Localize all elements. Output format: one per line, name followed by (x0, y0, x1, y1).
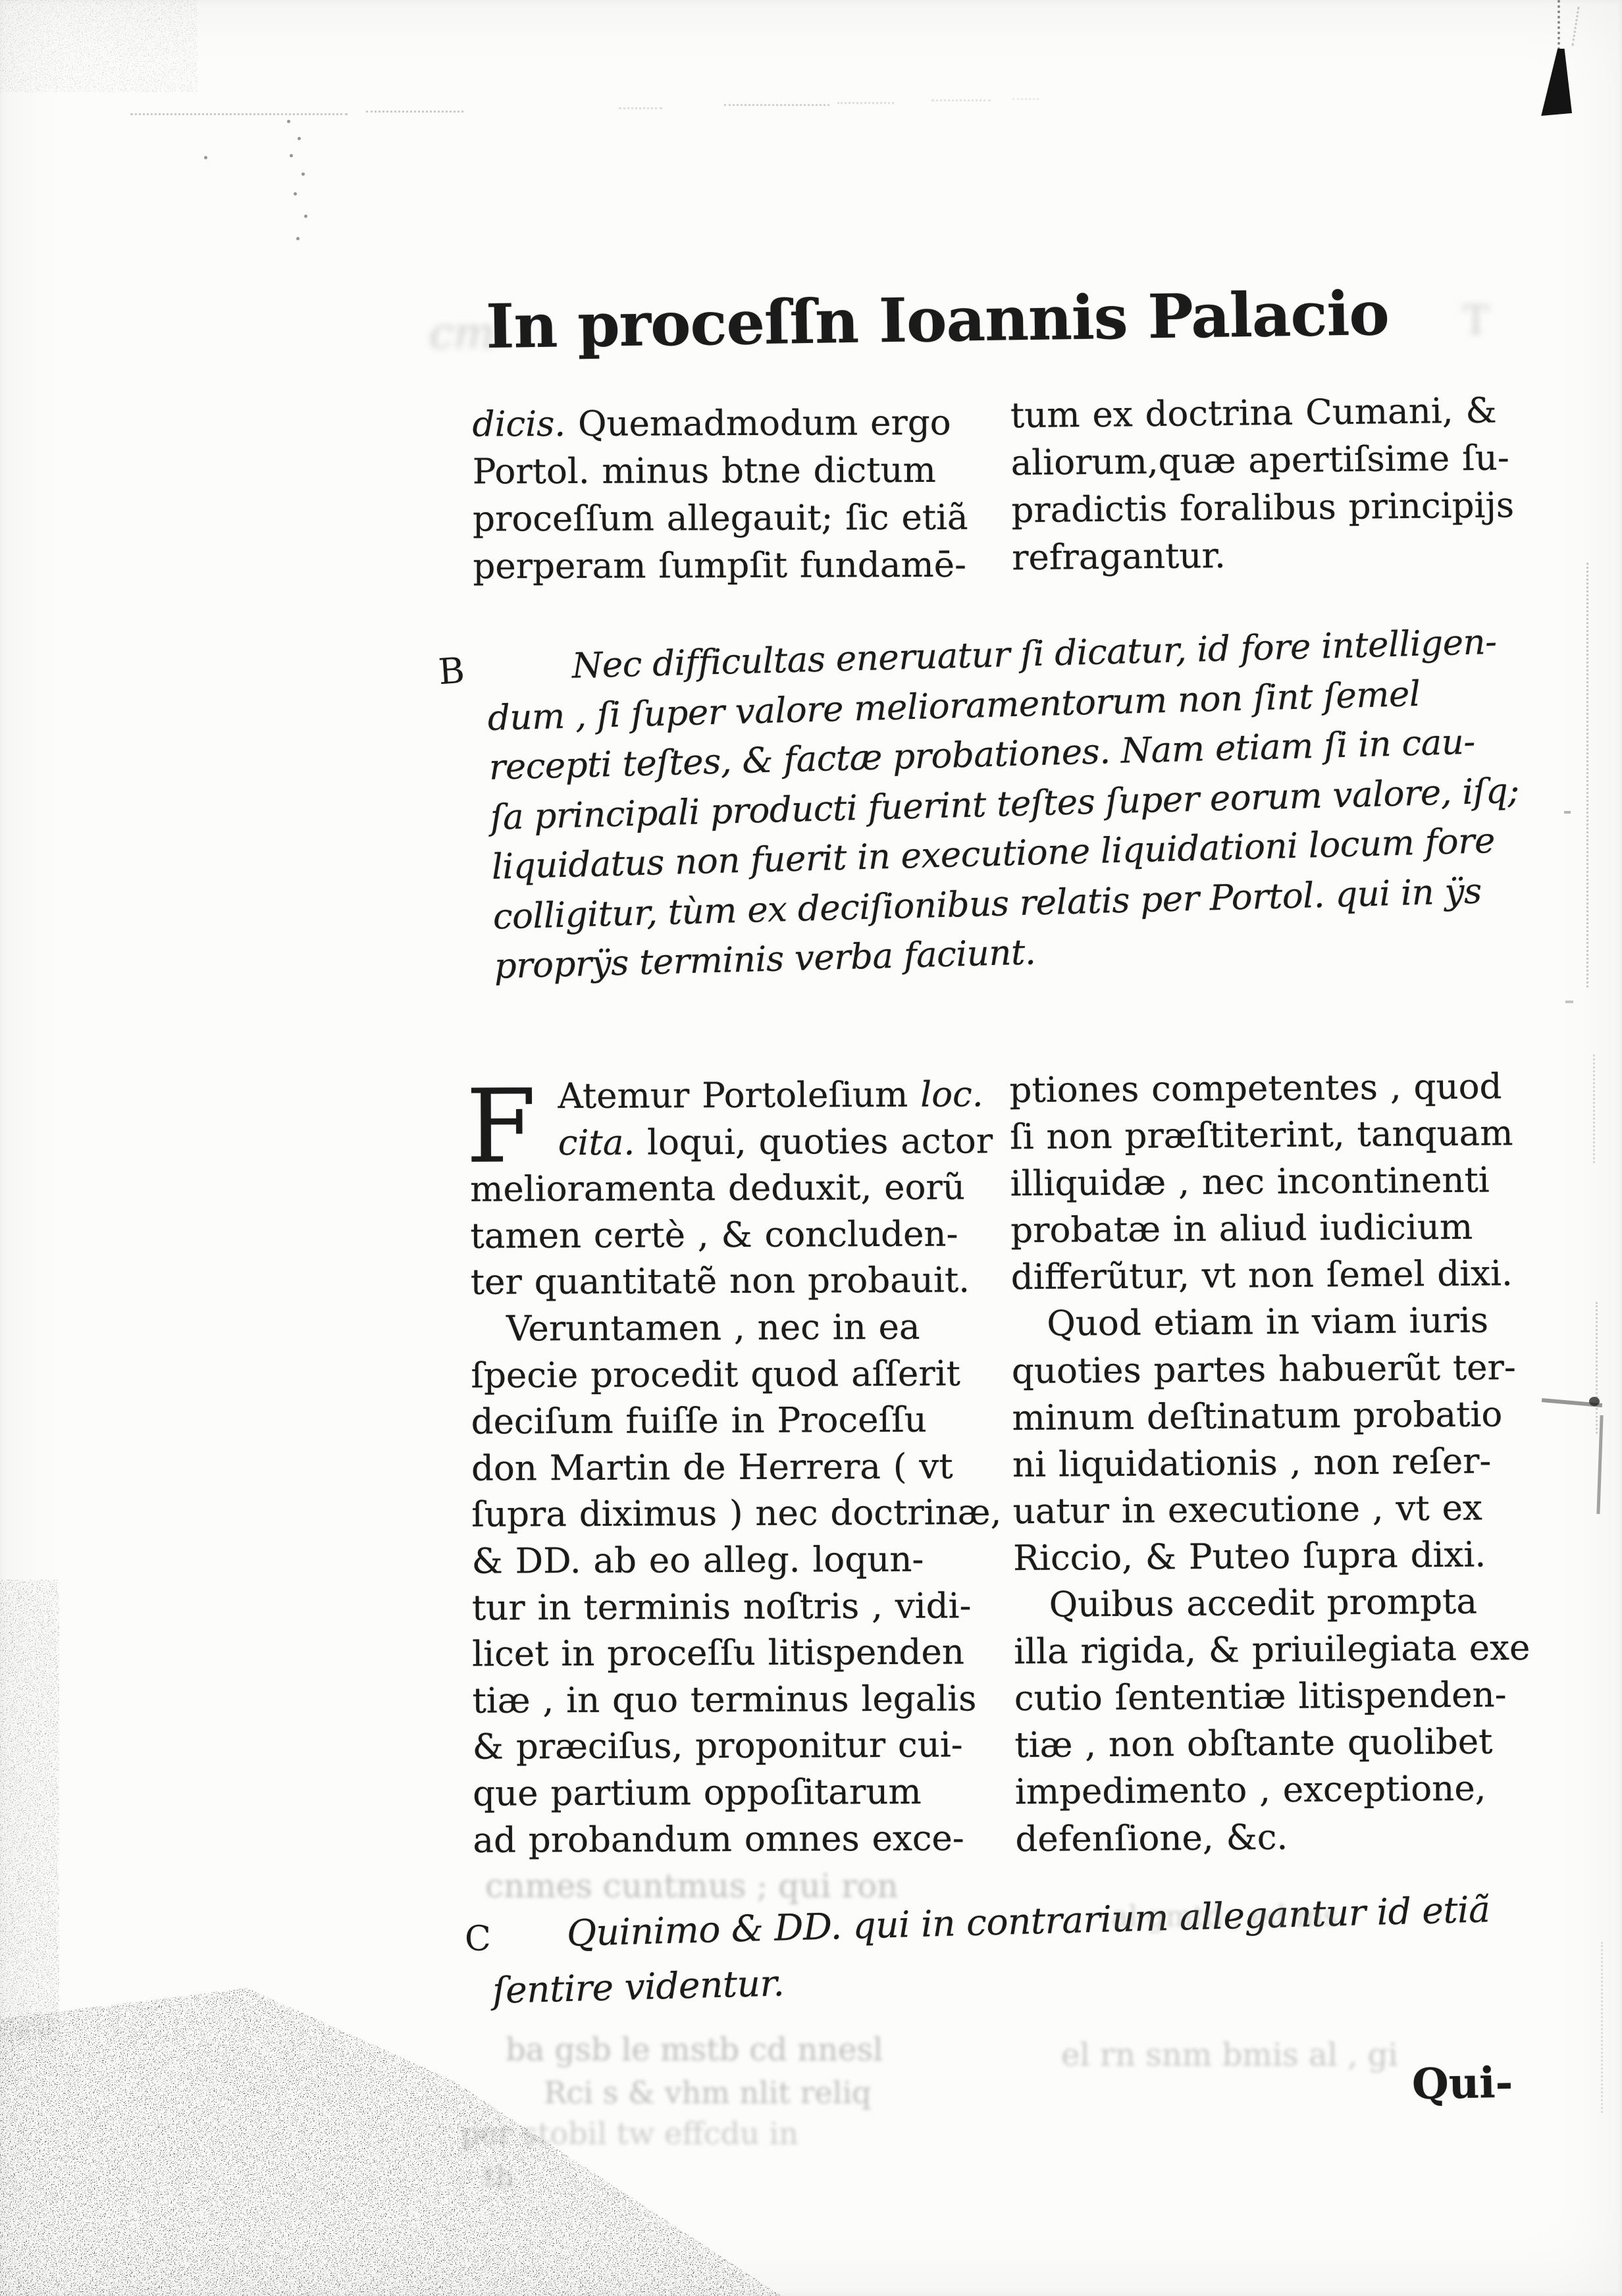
text-line: ni liquidationis , non reſer- (1012, 1438, 1546, 1488)
italic-citation: cita. (558, 1122, 635, 1163)
text-segment: Atemur Portoleſium (558, 1075, 920, 1116)
margin-letter-c: C (465, 1919, 491, 1959)
scan-dash (619, 107, 662, 109)
text-line: refragantur. (1012, 529, 1546, 582)
ink-smudge-right-of-title: T (1463, 298, 1489, 344)
scan-dash (366, 111, 463, 113)
speck-dot (290, 154, 293, 157)
text-line: ſpecie procedit quod aſſerit (471, 1351, 997, 1399)
scan-noise-top-left (0, 0, 197, 92)
text-line: illa rigida, & priuilegiata exe (1014, 1625, 1548, 1675)
bleed-through-text: ba gsb le mstb cd nnesl (506, 2031, 883, 2068)
text-line: cutio ſententiæ litispenden- (1014, 1671, 1548, 1722)
text-line: ad probandum omnes exce- (473, 1815, 999, 1864)
catchword: Qui- (1411, 2058, 1513, 2110)
text-line: & præciſus, proponitur cui- (473, 1723, 999, 1771)
top-right-column: tum ex doctrina Cumani, & aliorum,quæ ap… (1010, 387, 1546, 582)
text-line: pradictis foralibus principijs (1011, 482, 1545, 535)
text-line: aliorum,quæ apertiſsime ſu- (1010, 434, 1544, 487)
speck-dot (294, 192, 297, 196)
text-line: tur in terminis noſtris , vidi- (472, 1583, 999, 1632)
text-line: ter quantitatẽ non probauit. (471, 1258, 997, 1307)
text-line: Quod etiam in viam iuris (1011, 1297, 1545, 1347)
speck-dot (1565, 1001, 1573, 1003)
text-line: licet in proceſſu litispenden (472, 1629, 999, 1678)
speck-dot (298, 137, 301, 140)
text-line: tum ex doctrina Cumani, & (1010, 387, 1544, 440)
text-line: perperam ſumpſit fundamē- (473, 542, 999, 591)
text-line: melioramenta deduxit, eorũ (470, 1164, 997, 1213)
text-line: Veruntamen , nec in ea (471, 1304, 997, 1353)
text-line: proceſſum allegauit; ſic etiã (473, 494, 999, 544)
ink-smudge-left-of-title: cm (429, 308, 495, 359)
text-line: uatur in executione , vt ex (1012, 1484, 1546, 1535)
text-line: quoties partes habuerũt ter- (1012, 1344, 1546, 1394)
text-line: ptiones competentes , quod (1009, 1063, 1543, 1114)
fold-line (1601, 1942, 1603, 2113)
speck-dot (1564, 811, 1571, 814)
text-line: defenſione, &c. (1015, 1812, 1549, 1862)
scan-noise-left-edge (0, 1580, 59, 2041)
text-line: probatæ in aliud iudicium (1010, 1203, 1544, 1254)
text-line: ſi non præſtiterint, tanquam (1010, 1110, 1544, 1161)
main-left-column: F Atemur Portoleſium loc. cita. loqui, q… (469, 1072, 999, 1864)
text-line: differũtur, vt non ſemel dixi. (1010, 1250, 1544, 1301)
bleed-through-text: cnmes cuntmus ; qui ron (485, 1867, 898, 1905)
text-line: tamen certè , & concluden- (470, 1211, 997, 1260)
speck-dot (296, 237, 300, 240)
speck-trail (1571, 7, 1579, 46)
text-line: & DD. ab eo alleg. loqun- (471, 1536, 998, 1585)
text-segment: loqui, quoties actor (635, 1121, 993, 1162)
scan-dash (130, 113, 348, 115)
text-line: tiæ , in quo terminus legalis (472, 1676, 999, 1725)
text-segment: Quemadmodum ergo (578, 403, 951, 444)
margin-letter-b: B (437, 650, 466, 693)
italic-citation: loc. (920, 1074, 983, 1114)
ink-blot (1589, 1397, 1600, 1406)
main-right-column: ptiones competentes , quod ſi non præſti… (1009, 1063, 1548, 1863)
text-line: impedimento , exceptione, (1015, 1765, 1549, 1815)
text-line: Atemur Portoleſium loc. (469, 1072, 996, 1120)
speck-dot (304, 215, 307, 218)
bleed-through-text: Rci s & vhm nlit reliq (544, 2075, 872, 2110)
bleed-through-text: al gmtd , ed ms (1111, 1900, 1338, 1933)
speck-dot (287, 120, 290, 123)
scanned-book-page: In proceſſn Ioannis Palacio cm T dicis. … (0, 0, 1622, 2296)
text-line: Portol. minus btne dictum (473, 447, 999, 496)
speck-dot (301, 172, 305, 176)
italic-annotation-b: Nec difficultas eneruatur ſi dicatur, id… (486, 616, 1548, 991)
text-line: cita. loqui, quoties actor (470, 1118, 997, 1167)
drop-cap-initial: F (465, 1076, 536, 1178)
scan-dash (837, 102, 894, 104)
scan-dash (724, 104, 829, 106)
text-line: que partium oppoſitarum (473, 1769, 999, 1817)
speck-dot (204, 156, 207, 159)
text-line: Quibus accedit prompta (1013, 1578, 1547, 1629)
text-line: tiæ , non obſtante quolibet (1014, 1718, 1548, 1769)
scan-dash (1012, 98, 1039, 100)
text-line: illiquidæ , nec incontinenti (1010, 1157, 1544, 1207)
fold-line (1593, 1055, 1595, 1163)
speck-trail (1557, 0, 1560, 50)
text-line: ſupra diximus ) nec doctrinæ, (471, 1490, 998, 1539)
fold-line (1586, 563, 1588, 987)
text-line: deciſum fuiſſe in Proceſſu (471, 1397, 998, 1446)
text-line: minum deſtinatum probatio (1012, 1390, 1546, 1441)
scan-dash (931, 99, 991, 101)
text-line: don Martin de Herrera ( vt (471, 1444, 998, 1492)
bleed-through-text: el rn snm bmis al , gi (1061, 2037, 1398, 2074)
text-line: Riccio, & Puteo ſupra dixi. (1013, 1531, 1547, 1582)
top-left-column: dicis. Quemadmodum ergo Portol. minus bt… (472, 400, 999, 591)
italic-word: dicis. (473, 404, 579, 445)
ink-blot (1538, 49, 1572, 116)
text-line: dicis. Quemadmodum ergo (472, 400, 999, 449)
page-title: In proceſſn Ioannis Palacio (476, 278, 1398, 363)
fold-line (1596, 1302, 1598, 1434)
